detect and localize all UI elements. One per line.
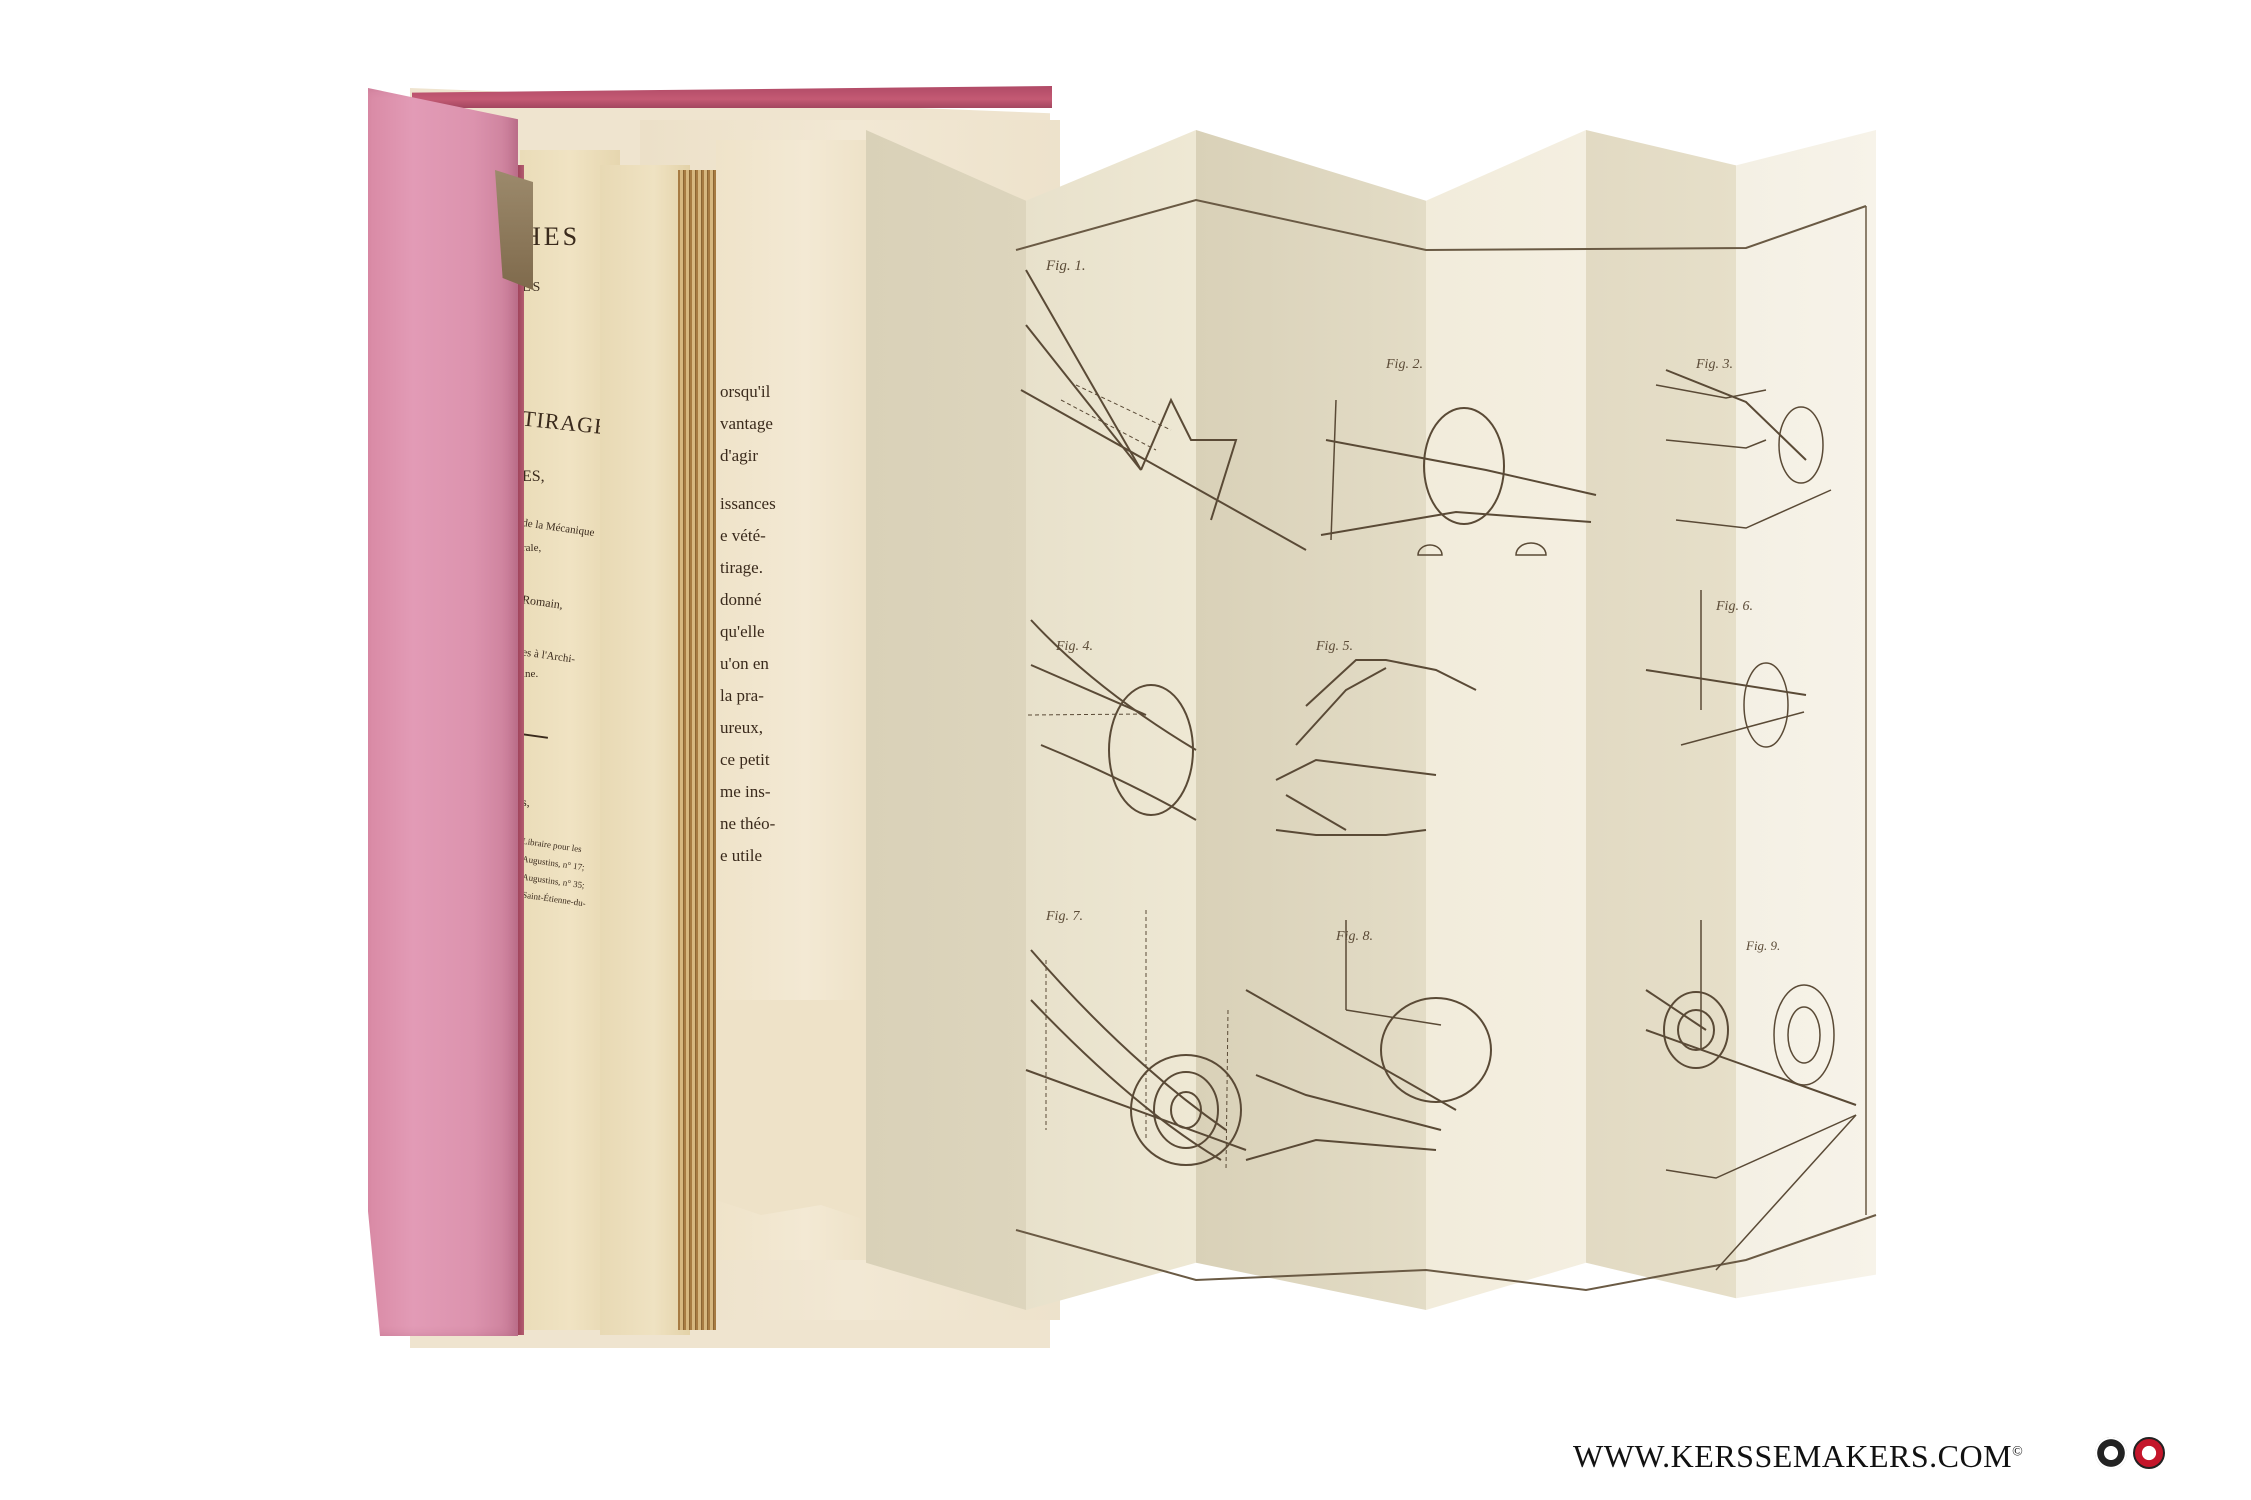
watermark-text: WWW.KERSSEMAKERS.COM <box>1573 1438 2012 1474</box>
text-line: qu'elle <box>720 616 776 648</box>
title-rule <box>522 733 548 739</box>
antiquarian-association-seal-icon <box>2095 1437 2127 1469</box>
title-line: rale, <box>522 542 541 554</box>
text-block: orsqu'il vantage d'agir issances e vété-… <box>720 376 776 872</box>
fig-2-label: Fig. 2. <box>1385 357 1423 372</box>
fig-7-label: Fig. 7. <box>1045 909 1083 924</box>
copyright-symbol: © <box>2012 1444 2023 1459</box>
text-line: issances <box>720 488 776 520</box>
title-line: Libraire pour les <box>522 836 583 854</box>
folding-plate: Fig. 1. Fig. 2. Fig. 3. Fig. 4. Fig. 5. <box>866 130 2006 1310</box>
watermark: WWW.KERSSEMAKERS.COM© <box>1573 1438 2023 1475</box>
fig-5-label: Fig. 6. <box>1715 599 1753 614</box>
text-line: me ins- <box>720 776 776 808</box>
plate-border-top <box>1016 200 1866 250</box>
fig-5-label: Fig. 5. <box>1315 639 1353 654</box>
fig-4-label: Fig. 4. <box>1055 639 1093 654</box>
text-line: d'agir <box>720 440 776 472</box>
fig-1-label: Fig. 1. <box>1045 258 1086 274</box>
title-line: TIRAGE <box>521 406 610 441</box>
title-line: Romain, <box>521 592 564 613</box>
front-cover <box>368 88 518 1336</box>
title-line: ine. <box>522 668 538 680</box>
text-line: tirage. <box>720 552 776 584</box>
title-line: de la Mécanique <box>522 517 596 539</box>
fig-9-label: Fig. 9. <box>1745 938 1780 953</box>
book-top-edge <box>412 86 1052 108</box>
amor-librorum-seal-icon <box>2133 1437 2165 1469</box>
text-line: la pra- <box>720 680 776 712</box>
blank-leaf <box>600 165 690 1335</box>
plate-border-bottom <box>1016 1215 1876 1290</box>
fig-8-label: Fig. 8. <box>1335 929 1373 944</box>
paragraph-gap <box>720 472 776 488</box>
text-line: e vété- <box>720 520 776 552</box>
title-line: Augustins, n° 35; <box>522 872 586 891</box>
text-line: e utile <box>720 840 776 872</box>
title-line: Augustins, n° 17; <box>522 854 586 873</box>
title-line: Saint-Étienne-du- <box>522 890 587 909</box>
text-line: orsqu'il <box>720 376 776 408</box>
page-block-edges <box>678 170 716 1330</box>
text-line: vantage <box>720 408 776 440</box>
text-line: ureux, <box>720 712 776 744</box>
text-line: ne théo- <box>720 808 776 840</box>
title-line: ES, <box>522 468 545 486</box>
geometric-diagrams: Fig. 1. Fig. 2. Fig. 3. Fig. 4. Fig. 5. <box>866 130 2006 1310</box>
text-line: ce petit <box>720 744 776 776</box>
fig-3-label: Fig. 3. <box>1695 357 1733 372</box>
text-line: u'on en <box>720 648 776 680</box>
title-line: es à l'Archi- <box>521 646 575 665</box>
text-line: donné <box>720 584 776 616</box>
